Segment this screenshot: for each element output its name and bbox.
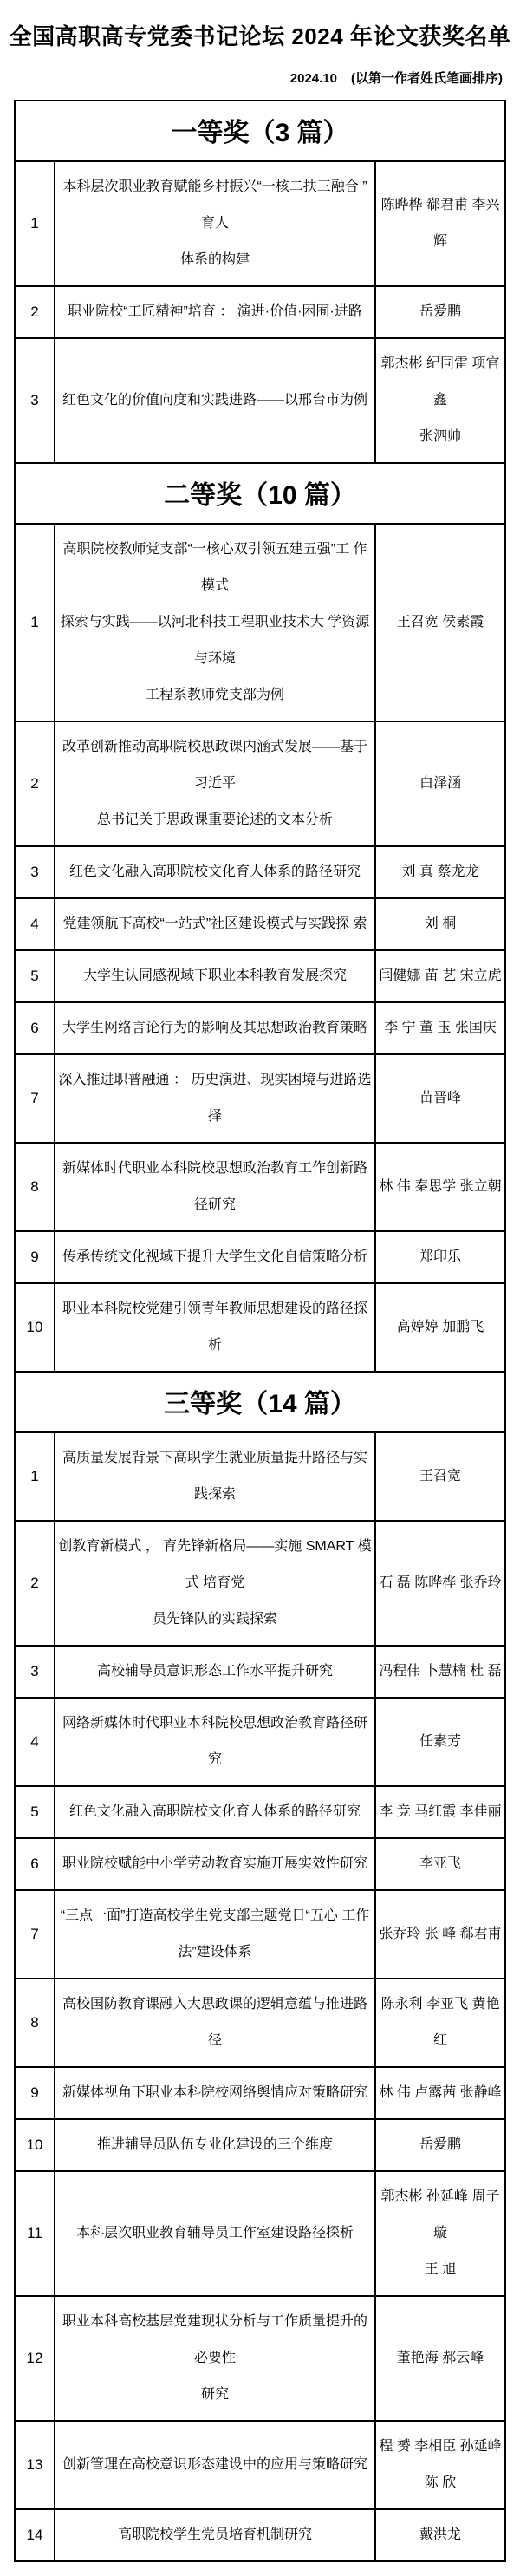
- paper-authors-cell: 刘 真 蔡龙龙: [376, 847, 504, 897]
- table-row: 3 高校辅导员意识形态工作水平提升研究 冯程伟 卜慧楠 杜 磊: [16, 1647, 504, 1699]
- paper-title-cell: 高校辅导员意识形态工作水平提升研究: [55, 1647, 376, 1697]
- row-number-cell: 1: [16, 162, 55, 285]
- paper-title-cell: 高质量发展背景下高职学生就业质量提升路径与实 践探索: [55, 1433, 376, 1520]
- paper-authors: 高婷婷 加鹏飞: [397, 1309, 484, 1346]
- row-number: 9: [30, 2075, 38, 2111]
- row-number: 8: [30, 2005, 38, 2041]
- row-number-cell: 2: [16, 1522, 55, 1645]
- row-number: 14: [27, 2517, 43, 2553]
- row-number: 2: [30, 1565, 38, 1601]
- paper-title: 职业院校赋能中小学劳动教育实施开展实效性研究: [62, 1846, 367, 1882]
- paper-authors: 白泽涵: [419, 766, 461, 802]
- paper-authors: 林 伟 秦思学 张立朝: [379, 1169, 501, 1205]
- row-number-cell: 10: [16, 1284, 55, 1371]
- paper-authors: 刘 桐: [425, 906, 456, 942]
- table-row: 10 推进辅导员队伍专业化建设的三个维度 岳爱鹏: [16, 2120, 504, 2172]
- row-number-cell: 10: [16, 2120, 55, 2170]
- paper-title: 高职院校学生党员培育机制研究: [118, 2517, 312, 2553]
- paper-title: 高校辅导员意识形态工作水平提升研究: [97, 1653, 333, 1690]
- row-number: 9: [30, 1239, 38, 1275]
- table-row: 5 大学生认同感视域下职业本科教育发展探究 闫健娜 苗 艺 宋立虎: [16, 951, 504, 1003]
- paper-authors-cell: 白泽涵: [376, 722, 504, 845]
- paper-authors: 石 磊 陈晔桦 张乔玲: [379, 1565, 501, 1601]
- paper-authors-cell: 王召宽 侯素霞: [376, 525, 504, 721]
- paper-title: 大学生认同感视域下职业本科教育发展探究: [83, 958, 347, 995]
- row-number-cell: 3: [16, 1647, 55, 1697]
- paper-title-cell: 创新管理在高校意识形态建设中的应用与策略研究: [55, 2422, 376, 2508]
- table-row: 3 红色文化的价值向度和实践进路——以邢台市为例 郭杰彬 纪同雷 项官鑫 张泗帅: [16, 339, 504, 464]
- paper-title: 网络新媒体时代职业本科院校思想政治教育路径研 究: [57, 1705, 373, 1778]
- section-header: 三等奖（14 篇）: [16, 1373, 504, 1433]
- paper-authors: 郭杰彬 纪同雷 项官鑫 张泗帅: [378, 346, 503, 455]
- row-number: 12: [27, 2340, 43, 2377]
- paper-authors-cell: 苗晋峰: [376, 1055, 504, 1142]
- paper-title-cell: 职业院校“工匠精神”培育 ： 演进·价值·困囿·进路: [55, 287, 376, 337]
- section-header-label: 三等奖（14 篇）: [164, 1390, 356, 1418]
- table-row: 11 本科层次职业教育辅导员工作室建设路径探析 郭杰彬 孙延峰 周子璇 王 旭: [16, 2172, 504, 2297]
- row-number: 5: [30, 958, 38, 995]
- row-number: 3: [30, 1653, 38, 1690]
- paper-title: 红色文化的价值向度和实践进路——以邢台市为例: [62, 382, 367, 419]
- paper-title: 传承传统文化视域下提升大学生文化自信策略分析: [62, 1239, 367, 1275]
- paper-authors: 岳爱鹏: [419, 2127, 461, 2163]
- table-row: 1 高职院校教师党支部“一核心双引领五建五强”工 作模式 探索与实践——以河北科…: [16, 525, 504, 722]
- paper-title: 职业院校“工匠精神”培育 ： 演进·价值·困囿·进路: [68, 294, 362, 330]
- subtitle-line: 2024.10(以第一作者姓氏笔画排序): [0, 68, 520, 87]
- row-number-cell: 3: [16, 339, 55, 462]
- row-number: 7: [30, 1080, 38, 1117]
- paper-authors-cell: 李亚飞: [376, 1839, 504, 1889]
- paper-authors: 程 赟 李相臣 孙延峰 陈 欣: [379, 2429, 501, 2501]
- paper-authors: 林 伟 卢露茜 张静峰: [379, 2075, 501, 2111]
- paper-authors: 苗晋峰: [419, 1080, 461, 1117]
- section-rows: 1 高质量发展背景下高职学生就业质量提升路径与实 践探索 王召宽 2 创教育新模…: [16, 1433, 504, 2560]
- paper-title: 创新管理在高校意识形态建设中的应用与策略研究: [62, 2447, 367, 2483]
- paper-authors: 张乔玲 张 峰 郗君甫: [379, 1916, 501, 1953]
- row-number-cell: 6: [16, 1003, 55, 1053]
- row-number-cell: 7: [16, 1055, 55, 1142]
- table-row: 9 新媒体视角下职业本科院校网络舆情应对策略研究 林 伟 卢露茜 张静峰: [16, 2068, 504, 2120]
- row-number-cell: 2: [16, 722, 55, 845]
- row-number: 1: [30, 1458, 38, 1495]
- paper-title-cell: 红色文化的价值向度和实践进路——以邢台市为例: [55, 339, 376, 462]
- section-rows: 1 高职院校教师党支部“一核心双引领五建五强”工 作模式 探索与实践——以河北科…: [16, 525, 504, 1373]
- paper-authors: 李 宁 董 玉 张国庆: [384, 1010, 497, 1047]
- paper-authors-cell: 王召宽: [376, 1433, 504, 1520]
- table-row: 7 深入推进职普融通 ： 历史演进、现实困境与进路选 择 苗晋峰: [16, 1055, 504, 1144]
- paper-authors-cell: 郭杰彬 孙延峰 周子璇 王 旭: [376, 2172, 504, 2295]
- award-section: 一等奖（3 篇） 1 本科层次职业教育赋能乡村振兴“一核二扶三融合 ” 育人 体…: [16, 101, 504, 464]
- paper-authors-cell: 高婷婷 加鹏飞: [376, 1284, 504, 1371]
- paper-title: 职业本科院校党建引领青年教师思想建设的路径探 析: [57, 1291, 373, 1364]
- paper-authors-cell: 郭杰彬 纪同雷 项官鑫 张泗帅: [376, 339, 504, 462]
- paper-authors-cell: 岳爱鹏: [376, 287, 504, 337]
- paper-authors: 王召宽: [419, 1458, 461, 1495]
- paper-title-cell: 高职院校学生党员培育机制研究: [55, 2510, 376, 2560]
- paper-title: 高质量发展背景下高职学生就业质量提升路径与实 践探索: [57, 1440, 373, 1513]
- table-row: 3 红色文化融入高职院校文化育人体系的路径研究 刘 真 蔡龙龙: [16, 847, 504, 899]
- row-number-cell: 11: [16, 2172, 55, 2295]
- paper-title: 创教育新模式 ， 育先锋新格局——实施 SMART 模式 培育党 员先锋队的实践…: [57, 1529, 373, 1638]
- award-section: 二等奖（10 篇） 1 高职院校教师党支部“一核心双引领五建五强”工 作模式 探…: [16, 464, 504, 1373]
- paper-title: 党建领航下高校“一站式”社区建设模式与实践探 索: [62, 906, 367, 942]
- paper-title-cell: 改革创新推动高职院校思政课内涵式发展——基于 习近平 总书记关于思政课重要论述的…: [55, 722, 376, 845]
- row-number: 6: [30, 1010, 38, 1047]
- paper-authors: 任素芳: [419, 1724, 461, 1760]
- table-row: 8 新媒体时代职业本科院校思想政治教育工作创新路 径研究 林 伟 秦思学 张立朝: [16, 1144, 504, 1232]
- table-row: 14 高职院校学生党员培育机制研究 戴洪龙: [16, 2510, 504, 2560]
- table-row: 2 创教育新模式 ， 育先锋新格局——实施 SMART 模式 培育党 员先锋队的…: [16, 1522, 504, 1647]
- paper-title-cell: 推进辅导员队伍专业化建设的三个维度: [55, 2120, 376, 2170]
- section-header-label: 一等奖（3 篇）: [171, 119, 348, 147]
- row-number-cell: 5: [16, 1787, 55, 1837]
- table-row: 2 改革创新推动高职院校思政课内涵式发展——基于 习近平 总书记关于思政课重要论…: [16, 722, 504, 847]
- paper-title-cell: 深入推进职普融通 ： 历史演进、现实困境与进路选 择: [55, 1055, 376, 1142]
- row-number-cell: 8: [16, 1979, 55, 2066]
- paper-authors-cell: 岳爱鹏: [376, 2120, 504, 2170]
- table-row: 7 “三点一面”打造高校学生党支部主题党日“五心 工作 法”建设体系 张乔玲 张…: [16, 1891, 504, 1979]
- row-number-cell: 13: [16, 2422, 55, 2508]
- table-row: 9 传承传统文化视域下提升大学生文化自信策略分析 郑印乐: [16, 1232, 504, 1284]
- paper-authors: 冯程伟 卜慧楠 杜 磊: [379, 1653, 501, 1690]
- paper-title-cell: 网络新媒体时代职业本科院校思想政治教育路径研 究: [55, 1699, 376, 1785]
- paper-authors-cell: 李 宁 董 玉 张国庆: [376, 1003, 504, 1053]
- row-number-cell: 3: [16, 847, 55, 897]
- section-header-label: 二等奖（10 篇）: [164, 481, 356, 510]
- row-number-cell: 6: [16, 1839, 55, 1889]
- row-number: 4: [30, 1724, 38, 1760]
- row-number: 10: [27, 2127, 43, 2163]
- paper-authors: 闫健娜 苗 艺 宋立虎: [379, 958, 501, 995]
- paper-authors: 戴洪龙: [419, 2517, 461, 2553]
- table-row: 5 红色文化融入高职院校文化育人体系的路径研究 李 竞 马红霞 李佳丽: [16, 1787, 504, 1839]
- paper-title: 深入推进职普融通 ： 历史演进、现实困境与进路选 择: [57, 1062, 373, 1135]
- award-section: 三等奖（14 篇） 1 高质量发展背景下高职学生就业质量提升路径与实 践探索 王…: [16, 1373, 504, 2560]
- paper-title-cell: 高职院校教师党支部“一核心双引领五建五强”工 作模式 探索与实践——以河北科技工…: [55, 525, 376, 721]
- row-number-cell: 9: [16, 2068, 55, 2118]
- paper-title-cell: 创教育新模式 ， 育先锋新格局——实施 SMART 模式 培育党 员先锋队的实践…: [55, 1522, 376, 1645]
- paper-title-cell: 职业院校赋能中小学劳动教育实施开展实效性研究: [55, 1839, 376, 1889]
- paper-authors: 董艳海 郝云峰: [397, 2340, 484, 2377]
- paper-authors-cell: 程 赟 李相臣 孙延峰 陈 欣: [376, 2422, 504, 2508]
- paper-title-cell: 大学生认同感视域下职业本科教育发展探究: [55, 951, 376, 1001]
- row-number: 2: [30, 294, 38, 330]
- table-row: 4 网络新媒体时代职业本科院校思想政治教育路径研 究 任素芳: [16, 1699, 504, 1787]
- table-row: 8 高校国防教育课融入大思政课的逻辑意蕴与推进路 径 陈永利 李亚飞 黄艳红: [16, 1979, 504, 2068]
- paper-title: 推进辅导员队伍专业化建设的三个维度: [97, 2127, 333, 2163]
- row-number: 3: [30, 382, 38, 419]
- paper-title-cell: “三点一面”打造高校学生党支部主题党日“五心 工作 法”建设体系: [55, 1891, 376, 1978]
- section-header: 一等奖（3 篇）: [16, 101, 504, 162]
- row-number: 5: [30, 1794, 38, 1830]
- table-row: 6 大学生网络言论行为的影响及其思想政治教育策略 李 宁 董 玉 张国庆: [16, 1003, 504, 1055]
- paper-authors-cell: 董艳海 郝云峰: [376, 2297, 504, 2420]
- table-row: 12 职业本科高校基层党建现状分析与工作质量提升的 必要性 研究 董艳海 郝云峰: [16, 2297, 504, 2422]
- paper-authors: 岳爱鹏: [419, 294, 461, 330]
- paper-authors-cell: 冯程伟 卜慧楠 杜 磊: [376, 1647, 504, 1697]
- paper-authors-cell: 李 竞 马红霞 李佳丽: [376, 1787, 504, 1837]
- table-row: 2 职业院校“工匠精神”培育 ： 演进·价值·困囿·进路 岳爱鹏: [16, 287, 504, 339]
- row-number: 3: [30, 854, 38, 890]
- paper-title-cell: 职业本科院校党建引领青年教师思想建设的路径探 析: [55, 1284, 376, 1371]
- paper-authors: 李 竞 马红霞 李佳丽: [379, 1794, 501, 1830]
- paper-title: 本科层次职业教育辅导员工作室建设路径探析: [76, 2215, 354, 2252]
- paper-title: 新媒体视角下职业本科院校网络舆情应对策略研究: [62, 2075, 367, 2111]
- paper-authors-cell: 陈永利 李亚飞 黄艳红: [376, 1979, 504, 2066]
- paper-title: 红色文化融入高职院校文化育人体系的路径研究: [69, 854, 361, 890]
- paper-title: 红色文化融入高职院校文化育人体系的路径研究: [69, 1794, 361, 1830]
- table-row: 6 职业院校赋能中小学劳动教育实施开展实效性研究 李亚飞: [16, 1839, 504, 1891]
- paper-title-cell: 新媒体视角下职业本科院校网络舆情应对策略研究: [55, 2068, 376, 2118]
- paper-title-cell: 传承传统文化视域下提升大学生文化自信策略分析: [55, 1232, 376, 1282]
- row-number-cell: 4: [16, 899, 55, 949]
- row-number: 6: [30, 1846, 38, 1882]
- paper-title-cell: 红色文化融入高职院校文化育人体系的路径研究: [55, 847, 376, 897]
- table-row: 1 高质量发展背景下高职学生就业质量提升路径与实 践探索 王召宽: [16, 1433, 504, 1522]
- paper-authors: 郑印乐: [419, 1239, 461, 1275]
- paper-authors-cell: 陈晔桦 郗君甫 李兴辉: [376, 162, 504, 285]
- award-table: 一等奖（3 篇） 1 本科层次职业教育赋能乡村振兴“一核二扶三融合 ” 育人 体…: [14, 100, 506, 2562]
- document-page: 全国高职高专党委书记论坛 2024 年论文获奖名单 2024.10(以第一作者姓…: [0, 0, 520, 2562]
- table-row: 1 本科层次职业教育赋能乡村振兴“一核二扶三融合 ” 育人 体系的构建 陈晔桦 …: [16, 162, 504, 287]
- paper-authors-cell: 闫健娜 苗 艺 宋立虎: [376, 951, 504, 1001]
- paper-authors-cell: 石 磊 陈晔桦 张乔玲: [376, 1522, 504, 1645]
- row-number-cell: 8: [16, 1144, 55, 1230]
- row-number-cell: 14: [16, 2510, 55, 2560]
- paper-authors-cell: 林 伟 卢露茜 张静峰: [376, 2068, 504, 2118]
- row-number-cell: 12: [16, 2297, 55, 2420]
- row-number-cell: 2: [16, 287, 55, 337]
- date-label: 2024.10: [290, 71, 337, 86]
- row-number: 10: [27, 1309, 43, 1346]
- paper-title-cell: 本科层次职业教育赋能乡村振兴“一核二扶三融合 ” 育人 体系的构建: [55, 162, 376, 285]
- paper-authors-cell: 刘 桐: [376, 899, 504, 949]
- row-number: 8: [30, 1169, 38, 1205]
- sort-order-note: (以第一作者姓氏笔画排序): [351, 71, 503, 86]
- row-number: 7: [30, 1916, 38, 1953]
- paper-authors-cell: 林 伟 秦思学 张立朝: [376, 1144, 504, 1230]
- row-number-cell: 7: [16, 1891, 55, 1978]
- paper-authors: 郭杰彬 孙延峰 周子璇 王 旭: [378, 2179, 503, 2288]
- paper-title: 新媒体时代职业本科院校思想政治教育工作创新路 径研究: [57, 1151, 373, 1223]
- paper-authors-cell: 郑印乐: [376, 1232, 504, 1282]
- paper-title-cell: 红色文化融入高职院校文化育人体系的路径研究: [55, 1787, 376, 1837]
- paper-authors: 李亚飞: [419, 1846, 461, 1882]
- paper-title-cell: 高校国防教育课融入大思政课的逻辑意蕴与推进路 径: [55, 1979, 376, 2066]
- section-header: 二等奖（10 篇）: [16, 464, 504, 525]
- table-row: 4 党建领航下高校“一站式”社区建设模式与实践探 索 刘 桐: [16, 899, 504, 951]
- paper-title-cell: 本科层次职业教育辅导员工作室建设路径探析: [55, 2172, 376, 2295]
- table-row: 10 职业本科院校党建引领青年教师思想建设的路径探 析 高婷婷 加鹏飞: [16, 1284, 504, 1373]
- row-number: 4: [30, 906, 38, 942]
- paper-authors: 陈晔桦 郗君甫 李兴辉: [378, 187, 503, 260]
- paper-title-cell: 大学生网络言论行为的影响及其思想政治教育策略: [55, 1003, 376, 1053]
- paper-title: “三点一面”打造高校学生党支部主题党日“五心 工作 法”建设体系: [61, 1898, 369, 1971]
- paper-authors: 刘 真 蔡龙龙: [402, 854, 479, 890]
- row-number-cell: 1: [16, 1433, 55, 1520]
- paper-title-cell: 职业本科高校基层党建现状分析与工作质量提升的 必要性 研究: [55, 2297, 376, 2420]
- paper-title: 高职院校教师党支部“一核心双引领五建五强”工 作模式 探索与实践——以河北科技工…: [57, 532, 373, 714]
- row-number-cell: 1: [16, 525, 55, 721]
- paper-authors: 陈永利 李亚飞 黄艳红: [378, 1986, 503, 2059]
- paper-title: 大学生网络言论行为的影响及其思想政治教育策略: [62, 1010, 367, 1047]
- section-rows: 1 本科层次职业教育赋能乡村振兴“一核二扶三融合 ” 育人 体系的构建 陈晔桦 …: [16, 162, 504, 464]
- table-row: 13 创新管理在高校意识形态建设中的应用与策略研究 程 赟 李相臣 孙延峰 陈 …: [16, 2422, 504, 2510]
- paper-authors-cell: 戴洪龙: [376, 2510, 504, 2560]
- row-number: 2: [30, 766, 38, 802]
- paper-title: 高校国防教育课融入大思政课的逻辑意蕴与推进路 径: [57, 1986, 373, 2059]
- paper-authors: 王召宽 侯素霞: [397, 604, 484, 641]
- paper-title: 职业本科高校基层党建现状分析与工作质量提升的 必要性 研究: [57, 2304, 373, 2413]
- paper-authors-cell: 任素芳: [376, 1699, 504, 1785]
- paper-title: 改革创新推动高职院校思政课内涵式发展——基于 习近平 总书记关于思政课重要论述的…: [57, 729, 373, 838]
- paper-title: 本科层次职业教育赋能乡村振兴“一核二扶三融合 ” 育人 体系的构建: [57, 169, 373, 278]
- row-number-cell: 9: [16, 1232, 55, 1282]
- row-number: 13: [27, 2447, 43, 2483]
- row-number: 11: [27, 2215, 42, 2252]
- row-number-cell: 5: [16, 951, 55, 1001]
- row-number: 1: [30, 205, 38, 242]
- page-title: 全国高职高专党委书记论坛 2024 年论文获奖名单: [0, 0, 520, 51]
- row-number-cell: 4: [16, 1699, 55, 1785]
- paper-title-cell: 新媒体时代职业本科院校思想政治教育工作创新路 径研究: [55, 1144, 376, 1230]
- paper-title-cell: 党建领航下高校“一站式”社区建设模式与实践探 索: [55, 899, 376, 949]
- row-number: 1: [30, 604, 38, 641]
- paper-authors-cell: 张乔玲 张 峰 郗君甫: [376, 1891, 504, 1978]
